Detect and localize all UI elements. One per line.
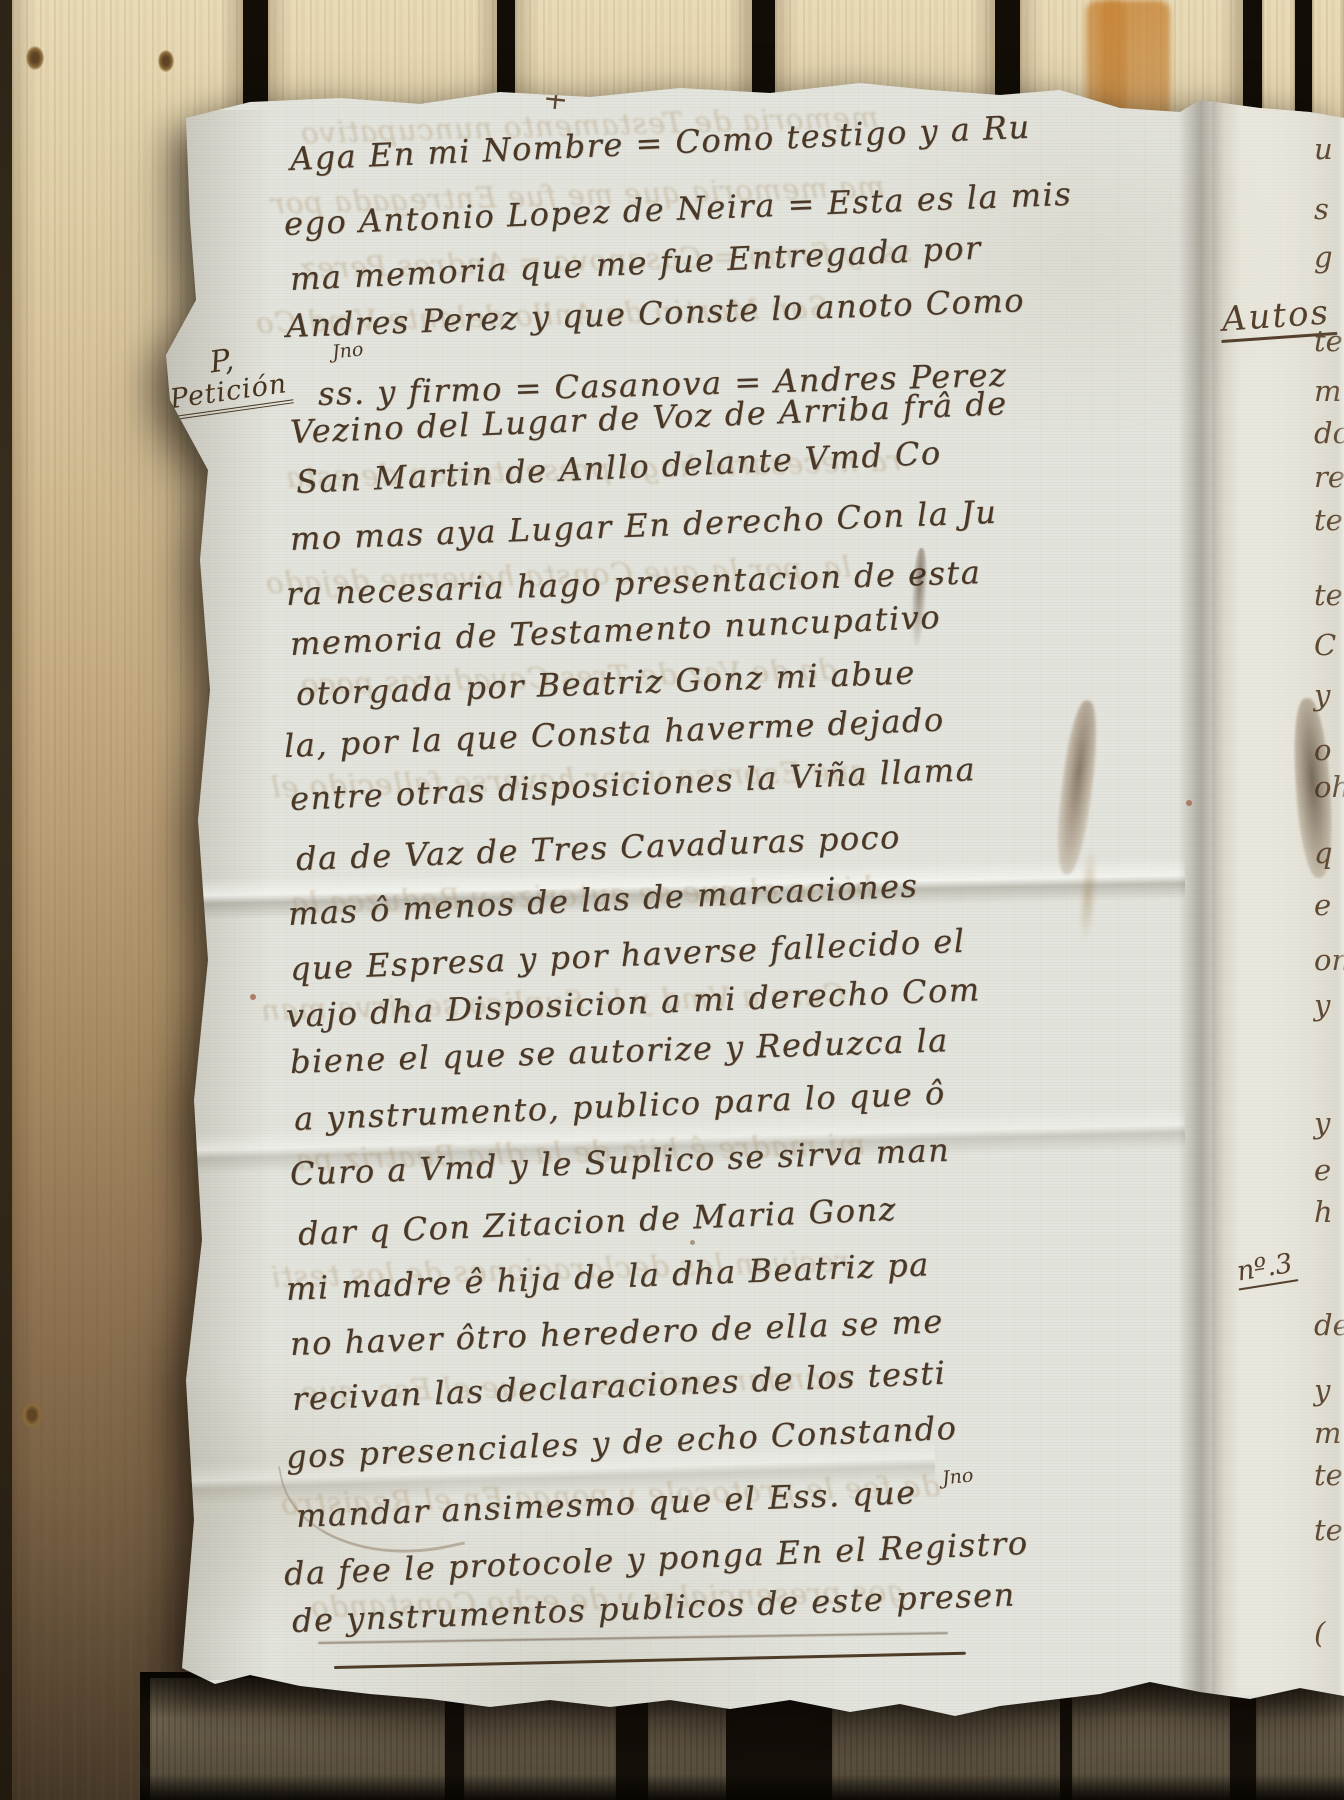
- manuscript-sheet-wrap: memoria de Testamento nuncupativo ma mem…: [0, 0, 1344, 1800]
- paper-edge-highlight: [0, 0, 1344, 1800]
- manuscript-page: memoria de Testamento nuncupativo ma mem…: [0, 0, 1344, 1800]
- photo-scene: memoria de Testamento nuncupativo ma mem…: [0, 0, 1344, 1800]
